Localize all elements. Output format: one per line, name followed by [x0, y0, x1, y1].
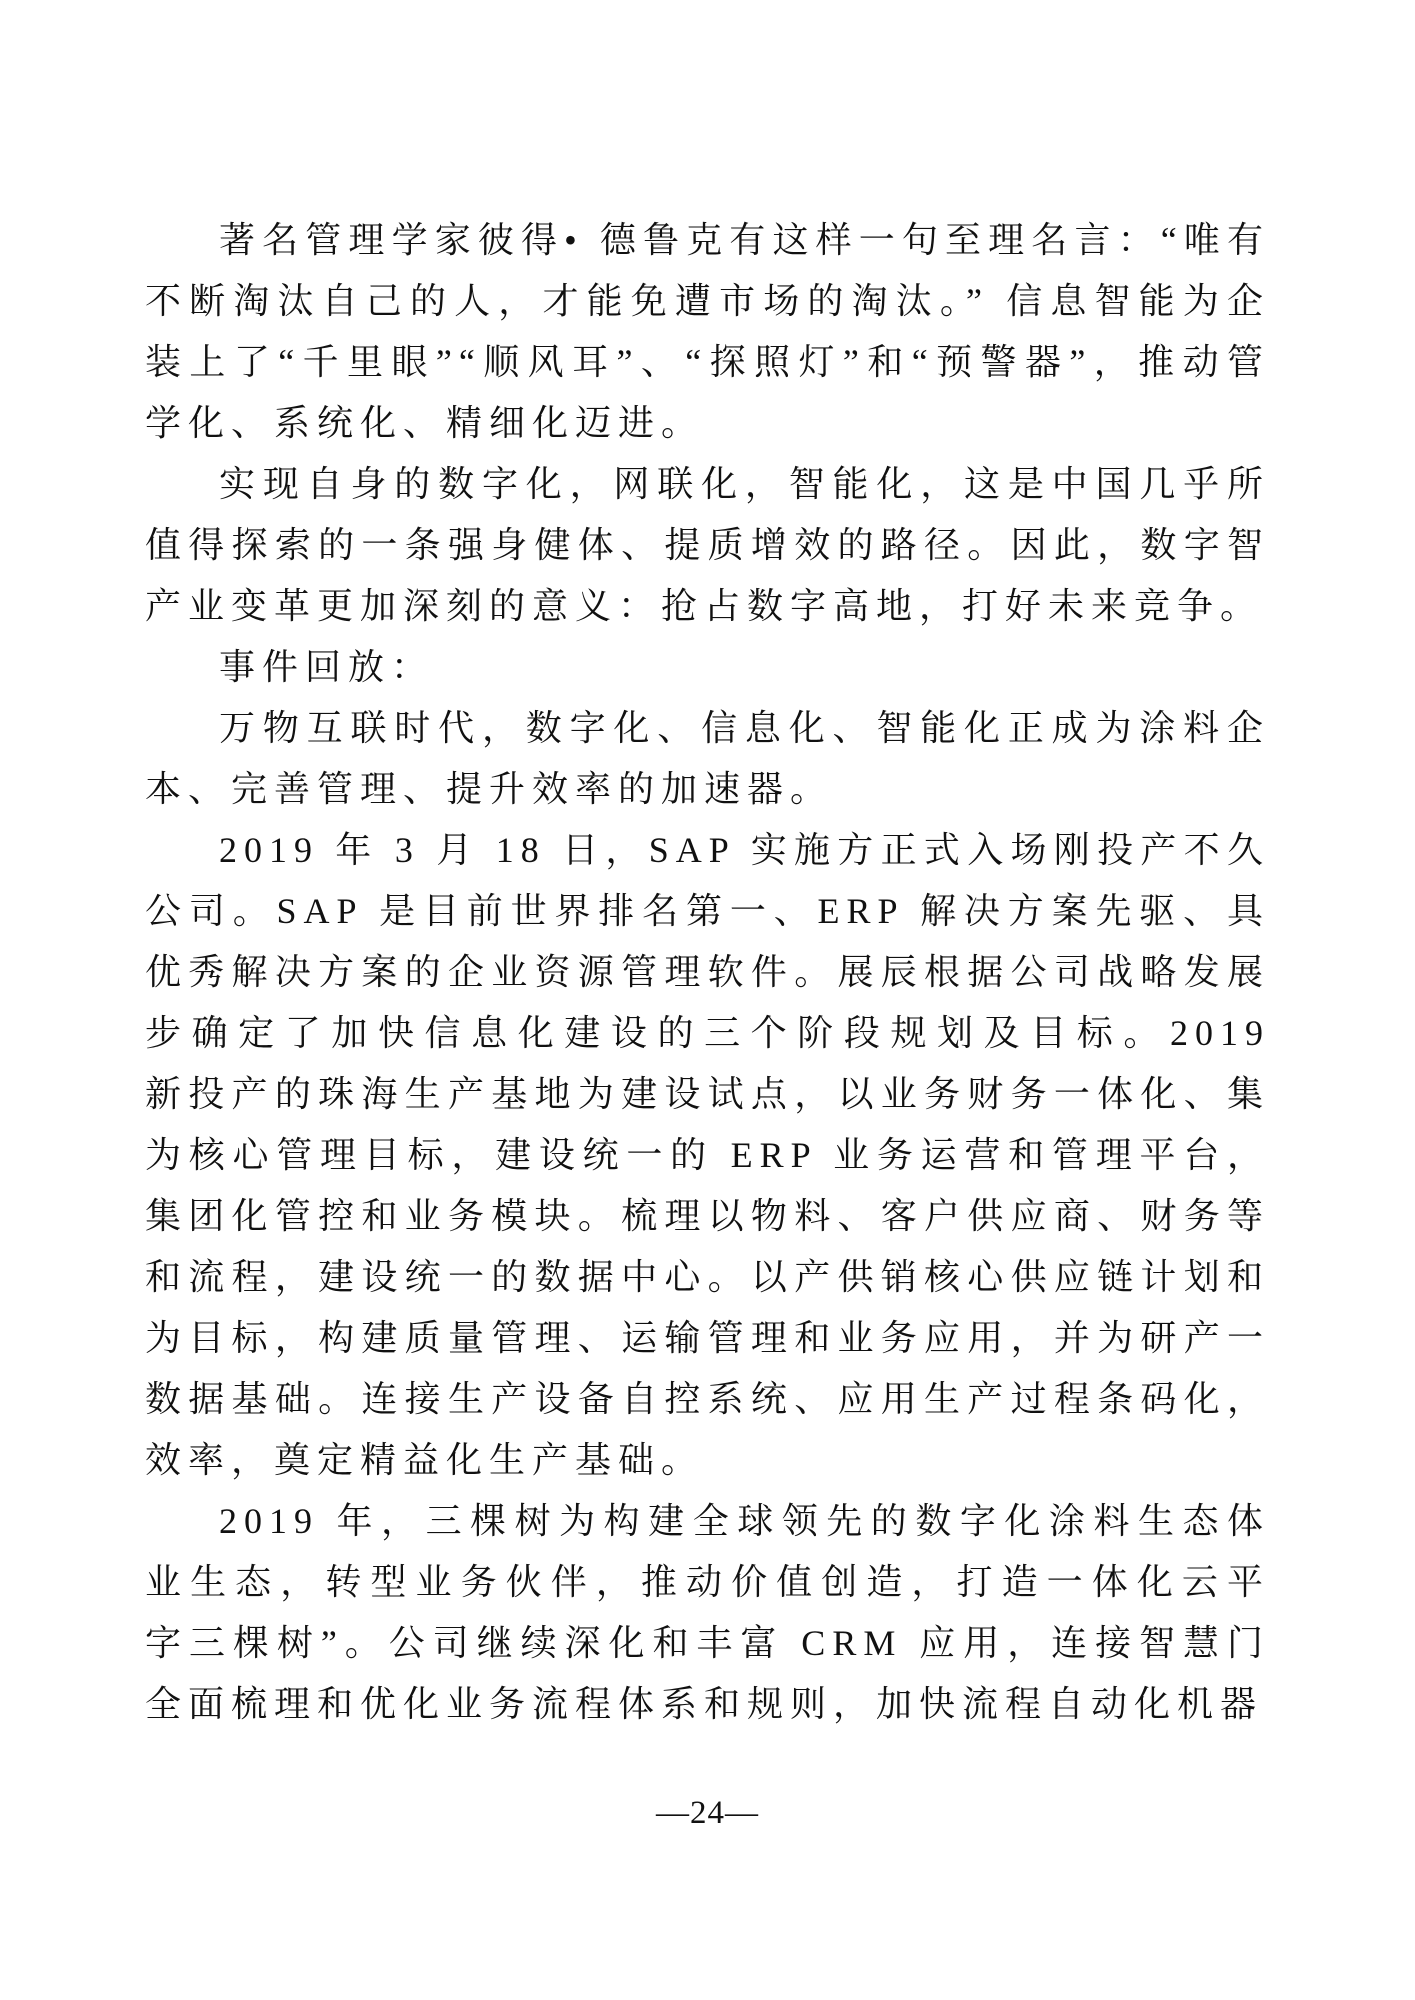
- document-text: 著名管理学家彼得• 德鲁克有这样一句至理名言：“唯有用创新不断淘汰自己的人，才能…: [145, 210, 1270, 1735]
- paragraph: 事件回放：: [145, 637, 1270, 698]
- paragraph: 著名管理学家彼得• 德鲁克有这样一句至理名言：“唯有用创新不断淘汰自己的人，才能…: [145, 210, 1270, 454]
- text-line: 实现自身的数字化，网联化，智能化，这是中国几乎所有行业都: [145, 454, 1270, 515]
- paragraph: 实现自身的数字化，网联化，智能化，这是中国几乎所有行业都值得探索的一条强身健体、…: [145, 454, 1270, 637]
- text-line: 不断淘汰自己的人，才能免遭市场的淘汰。” 信息智能为企业的发展: [145, 271, 1270, 332]
- text-line: 装上了“千里眼”“顺风耳”、“探照灯”和“预警器”，推动管理向科: [145, 332, 1270, 393]
- paragraph: 2019 年 3 月 18 日，SAP 实施方正式入场刚投产不久的展辰珠海公司。…: [145, 820, 1270, 1491]
- text-line: 万物互联时代，数字化、信息化、智能化正成为涂料企业节约成: [145, 698, 1270, 759]
- text-line: 数据基础。连接生产设备自控系统、应用生产过程条码化，提高作业: [145, 1369, 1270, 1430]
- text-line: 著名管理学家彼得• 德鲁克有这样一句至理名言：“唯有用创新: [145, 210, 1270, 271]
- paragraph: 2019 年，三棵树为构建全球领先的数字化涂料生态体系，服务产业生态，转型业务伙…: [145, 1491, 1270, 1735]
- text-line: 新投产的珠海生产基地为建设试点，以业务财务一体化、集团化管控: [145, 1064, 1270, 1125]
- text-line: 步确定了加快信息化建设的三个阶段规划及目标。2019 年，展辰选择: [145, 1003, 1270, 1064]
- text-line: 本、完善管理、提升效率的加速器。: [145, 759, 1270, 820]
- text-line: 效率，奠定精益化生产基础。: [145, 1430, 1270, 1491]
- text-line: 优秀解决方案的企业资源管理软件。展辰根据公司战略发展规划，初: [145, 942, 1270, 1003]
- text-line: 公司。SAP 是目前世界排名第一、ERP 解决方案先驱、具备化工行业: [145, 881, 1270, 942]
- text-line: 和流程，建设统一的数据中心。以产供销核心供应链计划和执行顺畅: [145, 1247, 1270, 1308]
- text-line: 2019 年 3 月 18 日，SAP 实施方正式入场刚投产不久的展辰珠海: [145, 820, 1270, 881]
- text-line: 学化、系统化、精细化迈进。: [145, 393, 1270, 454]
- text-line: 事件回放：: [145, 637, 1270, 698]
- text-line: 字三棵树”。公司继续深化和丰富 CRM 应用，连接智慧门店，继续: [145, 1613, 1270, 1674]
- text-line: 业生态，转型业务伙伴，推动价值创造，打造一体化云平台，成就“数: [145, 1552, 1270, 1613]
- text-line: 集团化管控和业务模块。梳理以物料、客户供应商、财务等数据规范: [145, 1186, 1270, 1247]
- text-line: 为目标，构建质量管理、运输管理和业务应用，并为研产一体化构建: [145, 1308, 1270, 1369]
- text-line: 值得探索的一条强身健体、提质增效的路径。因此，数字智能赋予了: [145, 515, 1270, 576]
- document-page: 著名管理学家彼得• 德鲁克有这样一句至理名言：“唯有用创新不断淘汰自己的人，才能…: [0, 0, 1415, 2000]
- text-line: 为核心管理目标，建设统一的 ERP 业务运营和管理平台，并构建涂料: [145, 1125, 1270, 1186]
- page-number: —24—: [0, 1795, 1415, 1832]
- text-line: 产业变革更加深刻的意义：抢占数字高地，打好未来竞争。: [145, 576, 1270, 637]
- text-line: 全面梳理和优化业务流程体系和规则，加快流程自动化机器人的应: [145, 1674, 1270, 1735]
- paragraph: 万物互联时代，数字化、信息化、智能化正成为涂料企业节约成本、完善管理、提升效率的…: [145, 698, 1270, 820]
- text-line: 2019 年，三棵树为构建全球领先的数字化涂料生态体系，服务产: [145, 1491, 1270, 1552]
